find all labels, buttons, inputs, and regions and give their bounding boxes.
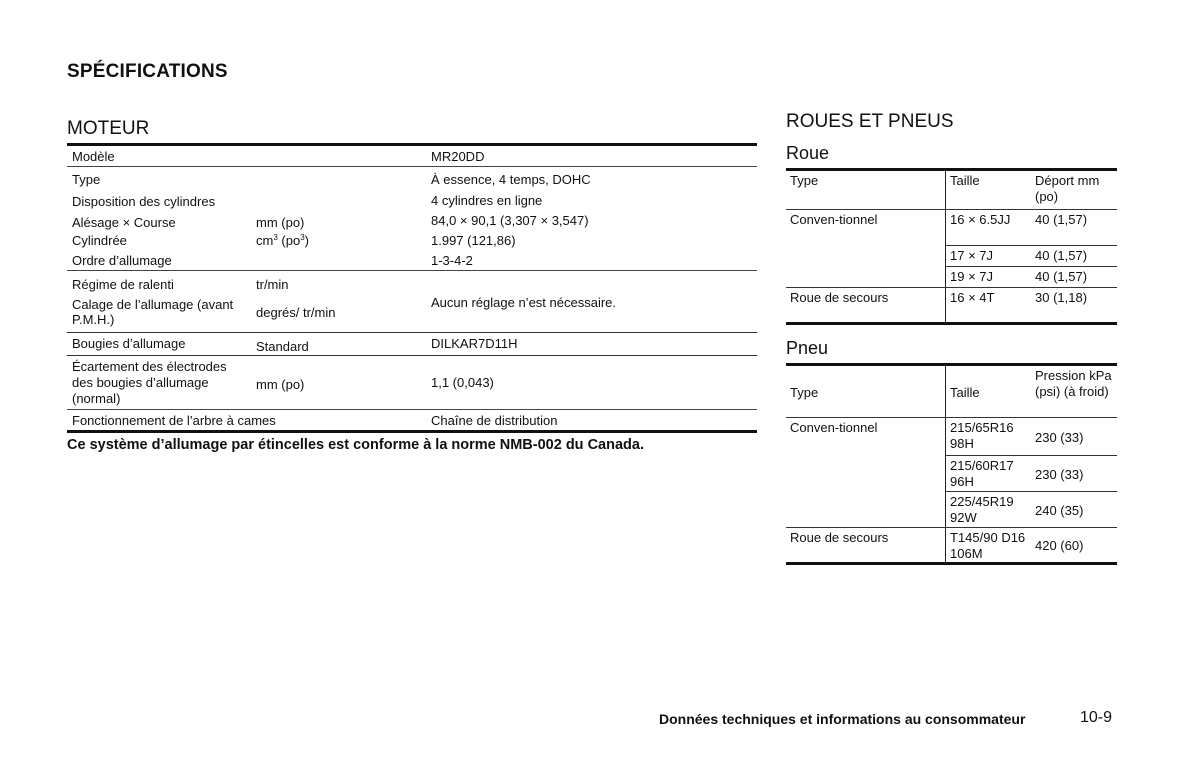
table-bottom-rule [67, 430, 757, 433]
displacement-unit: cm3 (po3) [256, 233, 309, 249]
table-header-row: Type Taille Pression kPa (psi) (à froid) [786, 365, 1117, 418]
table-row: Roue de secours T145/90 D16 106M 420 (60… [786, 528, 1117, 564]
table-row: Modèle MR20DD [67, 146, 757, 167]
wheel-subtitle: Roue [786, 143, 829, 164]
compliance-note: Ce système d’allumage par étincelles est… [67, 437, 644, 453]
table-header-row: Type Taille Déport mm (po) [786, 170, 1117, 210]
table-row: Roue de secours 16 × 4T 30 (1,18) [786, 288, 1117, 324]
engine-spec-table: Modèle MR20DD Type À essence, 4 temps, D… [67, 143, 757, 433]
table-row: Fonctionnement de l’arbre à cames Chaîne… [67, 410, 757, 430]
table-row-group: Régime de ralenti tr/min Calage de l’all… [67, 271, 757, 333]
wheel-spec-table: Type Taille Déport mm (po) Conven-tionne… [786, 168, 1117, 325]
wheels-tires-section-title: ROUES ET PNEUS [786, 111, 954, 133]
table-row: Conven-tionnel 16 × 6.5JJ 40 (1,57) [786, 210, 1117, 246]
page-number: 10-9 [1080, 709, 1112, 727]
engine-section-title: MOTEUR [67, 118, 149, 140]
footer-section-name: Données techniques et informations au co… [659, 711, 1025, 727]
table-row-group: Type À essence, 4 temps, DOHC Dispositio… [67, 167, 757, 271]
tire-subtitle: Pneu [786, 338, 828, 359]
tire-spec-table: Type Taille Pression kPa (psi) (à froid)… [786, 363, 1117, 565]
table-row: Bougies d’allumage Standard DILKAR7D11H [67, 333, 757, 356]
page-title: SPÉCIFICATIONS [67, 61, 228, 83]
table-row: Conven-tionnel 215/65R16 98H 230 (33) [786, 418, 1117, 456]
table-row: Écartement des électrodes des bougies d’… [67, 356, 757, 410]
